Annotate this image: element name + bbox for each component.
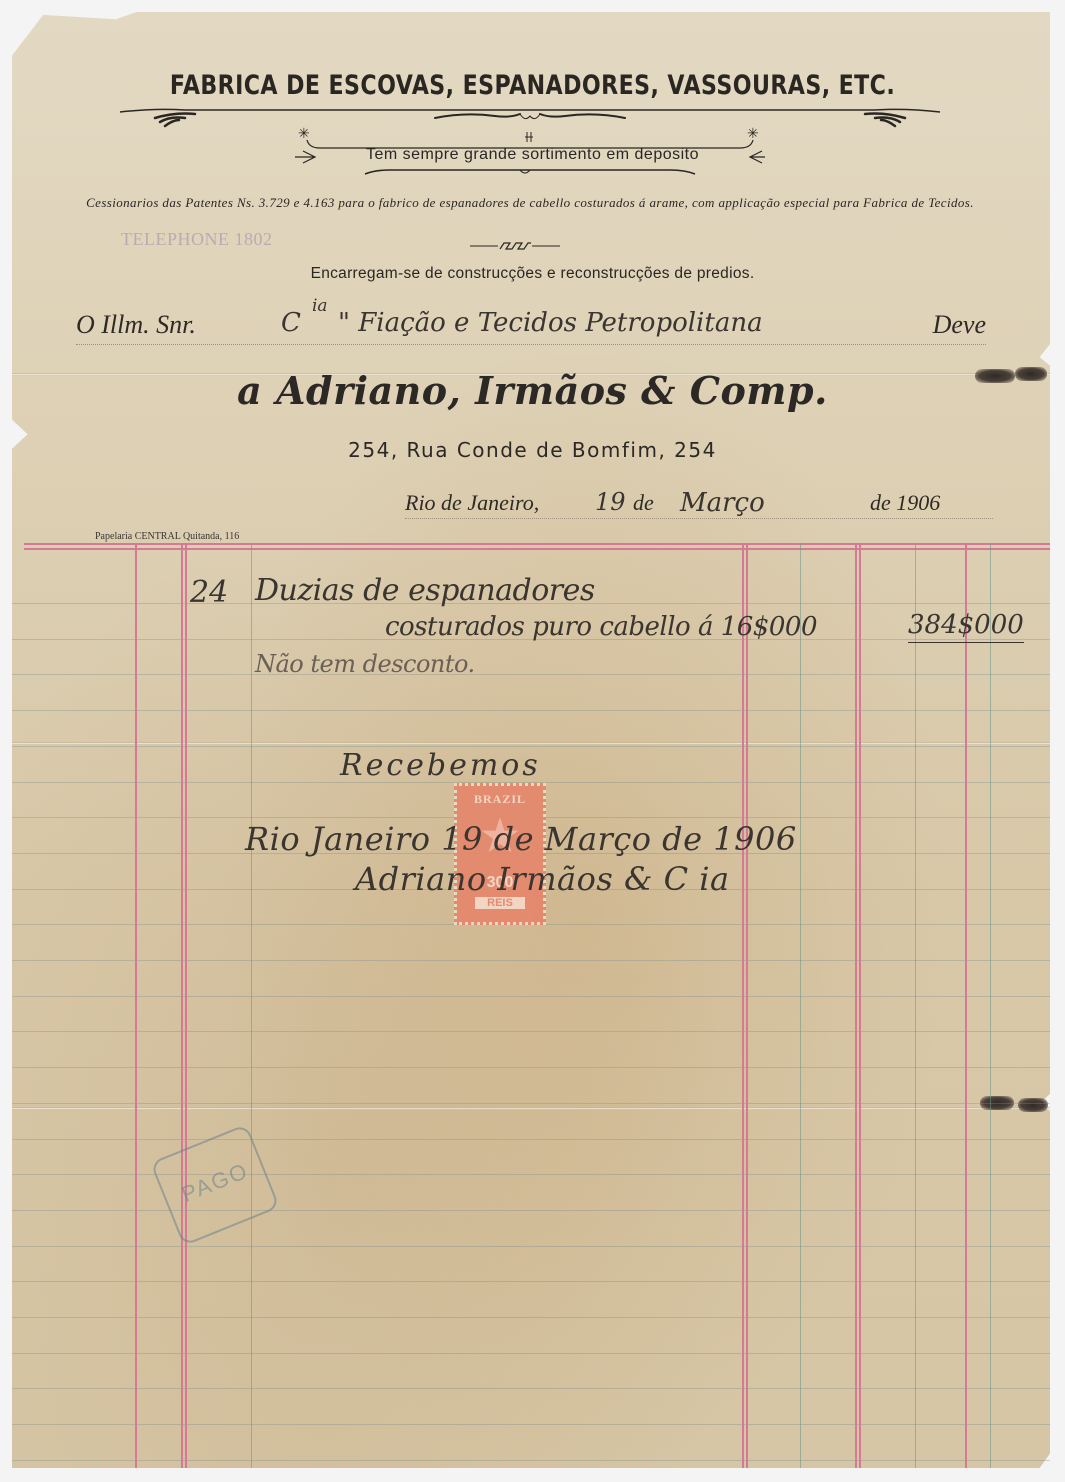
date-year: de 1906 — [870, 490, 940, 516]
receipt-signature: Adriano Irmãos & C ia — [355, 860, 730, 898]
addressee-initial: C — [281, 308, 301, 338]
ledger-rule — [12, 1353, 1050, 1354]
ledger-rule — [12, 960, 1050, 961]
date-day: 19 — [595, 488, 626, 516]
column-red-rule — [742, 543, 744, 1468]
column-green-rule — [990, 543, 991, 1468]
paid-stamp-text: PAGO — [178, 1158, 253, 1208]
addressee-superscript: ia — [312, 296, 328, 316]
letterhead-tagline: Tem sempre grande sortimento em deposito — [0, 146, 1065, 164]
item-total: 384$000 — [908, 610, 1024, 643]
column-red-rule — [965, 543, 967, 1468]
printer-imprint: Papelaria CENTRAL Quitanda, 116 — [95, 531, 239, 542]
ledger-rule — [12, 1103, 1050, 1104]
ledger-rule — [12, 1460, 1050, 1461]
column-red-rule — [185, 543, 187, 1468]
column-red-rule — [746, 543, 748, 1468]
header-red-rule — [24, 548, 1050, 550]
patent-notice: Cessionarios das Patentes Ns. 3.729 e 4.… — [70, 194, 990, 211]
column-green-rule — [800, 543, 801, 1468]
ledger-rule — [12, 1281, 1050, 1282]
fold-crease — [12, 1107, 1050, 1110]
ledger-rule — [12, 710, 1050, 711]
ledger-rule — [12, 1031, 1050, 1032]
addressee-deve: Deve — [933, 310, 986, 340]
construction-notice: Encarregam-se de construcções e reconstr… — [0, 265, 1065, 283]
ledger-rule — [12, 674, 1050, 675]
margin-red-rule — [135, 543, 137, 1468]
addressee-prefix: O Illm. Snr. — [76, 310, 196, 340]
date-de: de — [633, 490, 654, 516]
letterhead-title: FABRICA DE ESCOVAS, ESPANADORES, VASSOUR… — [96, 70, 969, 101]
svg-text:✳: ✳ — [747, 125, 759, 141]
ledger-rule — [12, 1388, 1050, 1389]
column-red-rule — [855, 543, 857, 1468]
item-description-line2: costurados puro cabello á 16$000 — [385, 612, 817, 642]
dateline: Rio de Janeiro, 19 de Março de 1906 — [405, 488, 993, 519]
stamp-unit: REIS — [475, 897, 525, 909]
discount-note: Não tem desconto. — [255, 650, 475, 678]
column-green-rule — [251, 543, 252, 1468]
column-green-rule — [915, 543, 916, 1468]
date-city: Rio de Janeiro, — [405, 490, 539, 516]
column-red-rule — [859, 543, 861, 1468]
addressee-name: " Fiação e Tecidos Petropolitana — [338, 308, 763, 338]
ledger-rule — [12, 1139, 1050, 1140]
company-address: 254, Rua Conde de Bomfim, 254 — [0, 438, 1065, 462]
ledger-rule — [12, 1424, 1050, 1425]
divider-ornament-icon — [470, 240, 560, 252]
ledger-rule — [12, 996, 1050, 997]
company-name: a Adriano, Irmãos & Comp. — [0, 368, 1065, 413]
receipt-date: Rio Janeiro 19 de Março de 1906 — [245, 820, 797, 858]
telephone-stamp: TELEPHONE 1802 — [121, 229, 272, 250]
ledger-rule — [12, 1317, 1050, 1318]
header-red-rule — [24, 543, 1050, 545]
stamp-country: BRAZIL — [457, 792, 543, 807]
item-description-line1: Duzias de espanadores — [255, 573, 595, 608]
addressee-line: O Illm. Snr. C ia " Fiação e Tecidos Pet… — [76, 306, 986, 345]
item-quantity: 24 — [190, 575, 228, 610]
ledger-rule — [12, 746, 1050, 747]
svg-text:✳: ✳ — [298, 125, 310, 141]
ledger-rule — [12, 1067, 1050, 1068]
column-red-rule — [181, 543, 183, 1468]
date-month: Março — [680, 488, 765, 518]
ledger-rule — [12, 1246, 1050, 1247]
fold-crease — [12, 742, 1050, 745]
burn-mark — [1018, 1098, 1048, 1112]
receipt-received: Recebemos — [340, 748, 541, 783]
ledger-rule — [12, 1210, 1050, 1211]
